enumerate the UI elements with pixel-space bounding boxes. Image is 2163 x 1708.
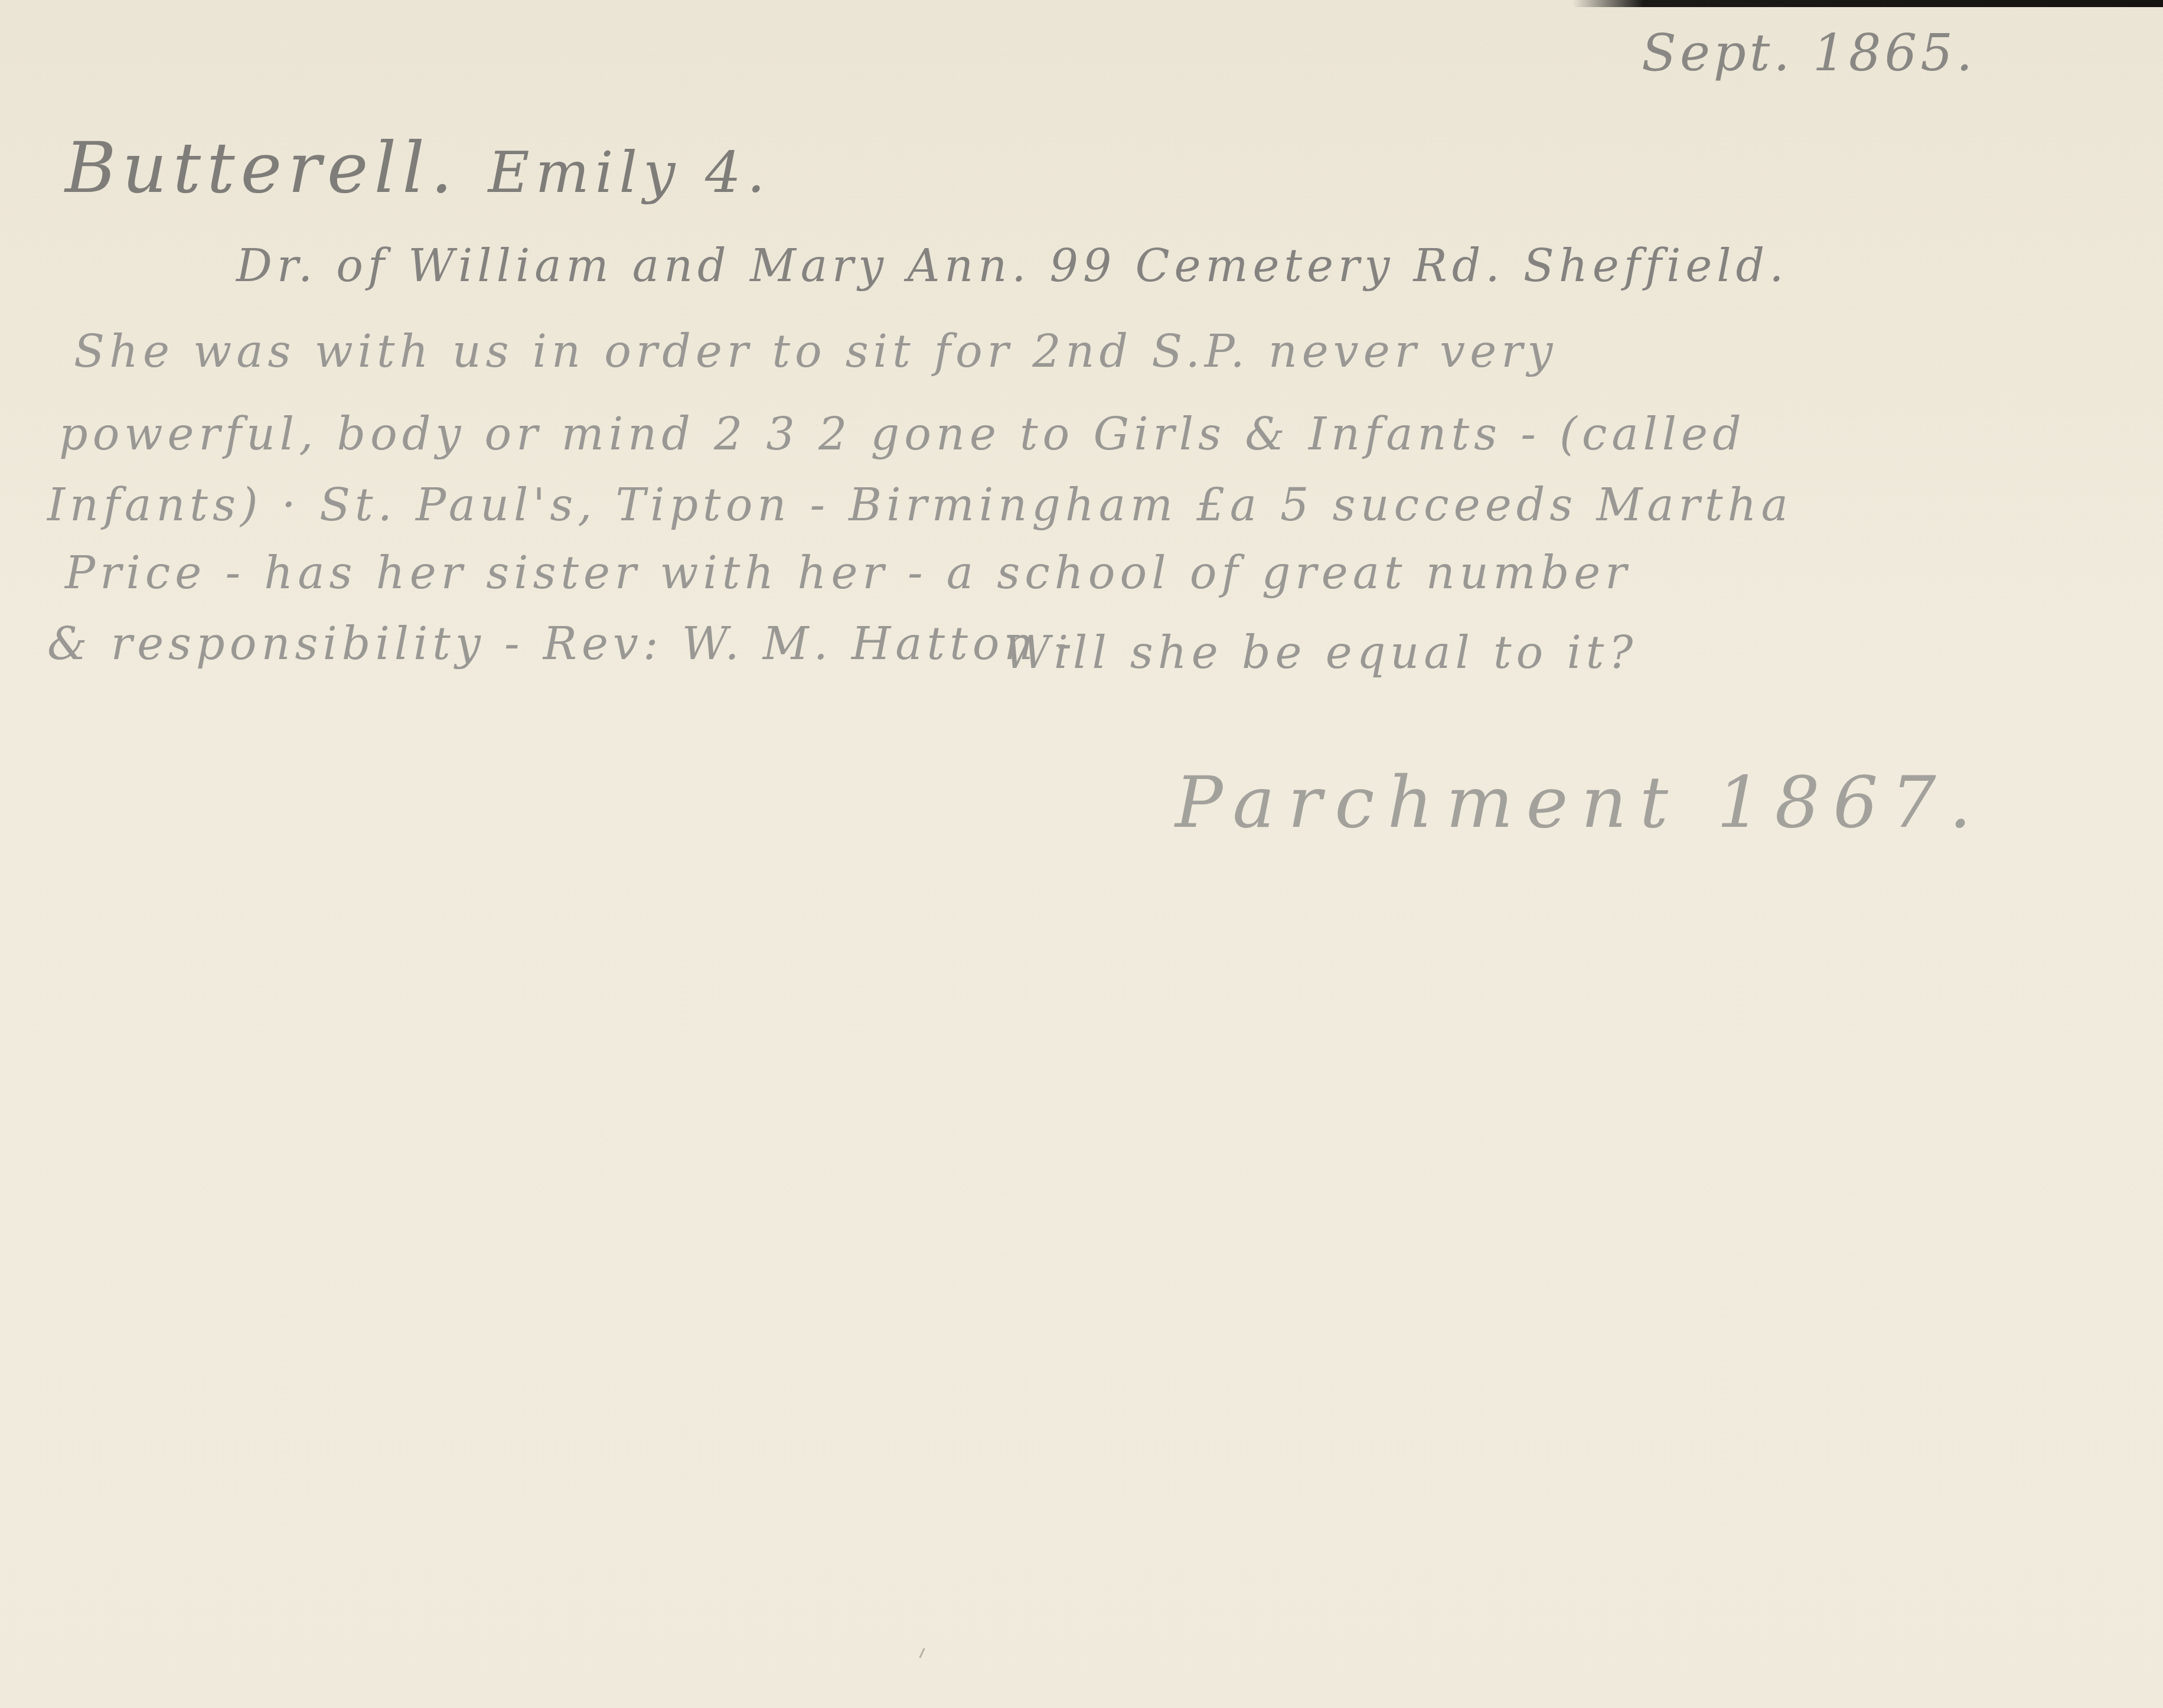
surname: Butterell. xyxy=(65,127,459,208)
scan-border xyxy=(1573,0,2163,7)
footer-note: Parchment 1867. xyxy=(1175,762,1985,844)
body-line-6: & responsibility - Rev: W. M. Hatton - xyxy=(47,617,1076,670)
name-heading: Butterell.Emily 4. xyxy=(65,127,771,208)
document-page: Sept. 1865. Butterell.Emily 4. Dr. of Wi… xyxy=(0,0,2163,1708)
body-line-3: powerful, body or mind 2 3 2 gone to Gir… xyxy=(59,408,1746,460)
date-header: Sept. 1865. xyxy=(1642,24,1976,83)
body-line-5: Price - has her sister with her - a scho… xyxy=(65,546,1632,599)
body-line-1: Dr. of William and Mary Ann. 99 Cemetery… xyxy=(236,239,1788,292)
given-name: Emily 4. xyxy=(488,139,771,206)
body-line-2: She was with us in order to sit for 2nd … xyxy=(74,325,1557,377)
body-line-4: Infants) · St. Paul's, Tipton - Birmingh… xyxy=(47,478,1793,531)
body-line-7: Will she be equal to it? xyxy=(1004,626,1637,679)
paper-blemish xyxy=(919,1648,925,1658)
